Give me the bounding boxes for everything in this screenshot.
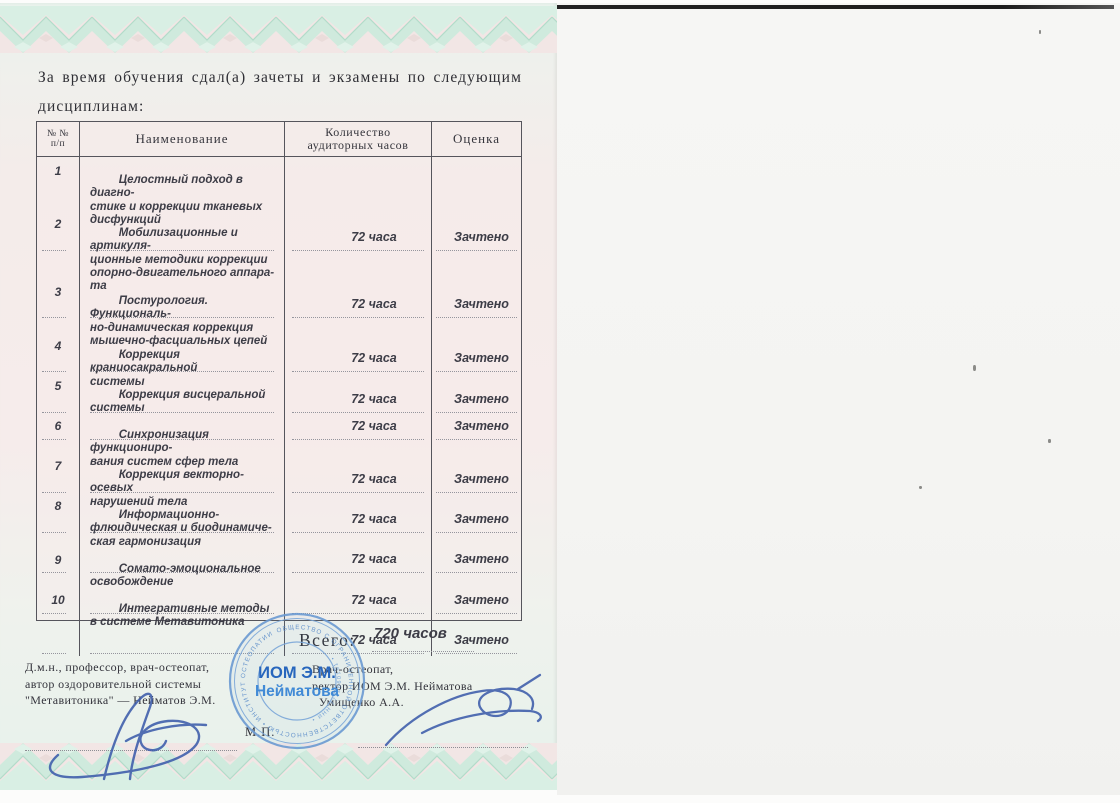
left-signatory-text: Д.м.н., профессор, врач-остеопат, автор … [25,659,216,709]
row-number-value: 4 [55,339,62,353]
table-header-row: № № п/п Наименование Количество аудиторн… [37,122,521,157]
table-row: 3 Постурология. Функциональ- но-динамиче… [37,278,521,332]
paper-speck [1048,439,1051,443]
total-value: 720 часов [374,625,447,642]
round-stamp: ОБЩЕСТВО С ОГРАНИЧЕННОЙ ОТВЕТСТВЕННОСТЬЮ… [215,599,379,763]
paper-speck [973,365,976,371]
header-name: Наименование [79,122,284,156]
table-body: 1 Целостный подход в диагно- стике и кор… [37,157,521,620]
certificate-page: За время обучения сдал(а) зачеты и экзам… [0,3,557,790]
scan-edge-line [557,5,1114,9]
header-hours: Количество аудиторных часов [284,122,431,156]
scanned-certificate: За время обучения сдал(а) зачеты и экзам… [0,0,1120,803]
row-number-value: 1 [55,164,62,178]
dotted-line [25,750,237,751]
table-row: 6 Синхронизация функциониро- вания систе… [37,412,521,452]
row-grade: Зачтено [431,586,521,656]
row-number: 10 [37,586,79,656]
row-grade-value: Зачтено [454,633,509,647]
guilloche-border-top [0,6,557,53]
row-number-value: 5 [55,379,62,393]
table-row: 4 Коррекция краниосакральной системы 72 … [37,332,521,372]
intro-line-2: дисциплинам: [38,92,522,121]
paper-speck [919,486,922,489]
row-number-value: 8 [55,499,62,513]
row-number-value: 9 [55,553,62,567]
stamp-org-abbrev: ИОМ Э.М. [258,664,336,682]
header-number: № № п/п [37,122,79,156]
row-number-value: 6 [55,419,62,433]
table-row: 5 Коррекция висцеральной системы 72 часа… [37,372,521,412]
blank-page [557,3,1120,795]
disciplines-table: № № п/п Наименование Количество аудиторн… [36,121,522,621]
table-row: 2 Мобилизационные и артикуля- ционные ме… [37,210,521,278]
row-discipline-name: Коррекция висцеральной системы [90,389,265,414]
paper-speck [1039,30,1041,34]
table-row: 8 Информационно- флюидическая и биодинам… [37,492,521,546]
dotted-line [42,653,66,654]
row-number-value: 3 [55,285,62,299]
row-discipline-name: Сомато-эмоциональное освобождение [90,563,261,588]
table-row: 7 Коррекция векторно-осевых нарушений те… [37,452,521,492]
header-grade: Оценка [431,122,521,156]
row-discipline-name: Информационно- флюидическая и биодинамич… [90,509,272,547]
table-row: 9 Сомато-эмоциональное освобождение 72 ч… [37,546,521,586]
dotted-line [436,653,516,654]
intro-line-1: За время обучения сдал(а) зачеты и экзам… [38,63,522,92]
row-number-value: 10 [51,593,64,607]
row-number-value: 7 [55,459,62,473]
table-row: 1 Целостный подход в диагно- стике и кор… [37,157,521,210]
dotted-line [358,747,528,748]
intro-text: За время обучения сдал(а) зачеты и экзам… [38,63,522,121]
stamp-org-name: Нейматова [255,683,339,700]
dotted-line [372,651,474,652]
row-number-value: 2 [55,217,62,231]
